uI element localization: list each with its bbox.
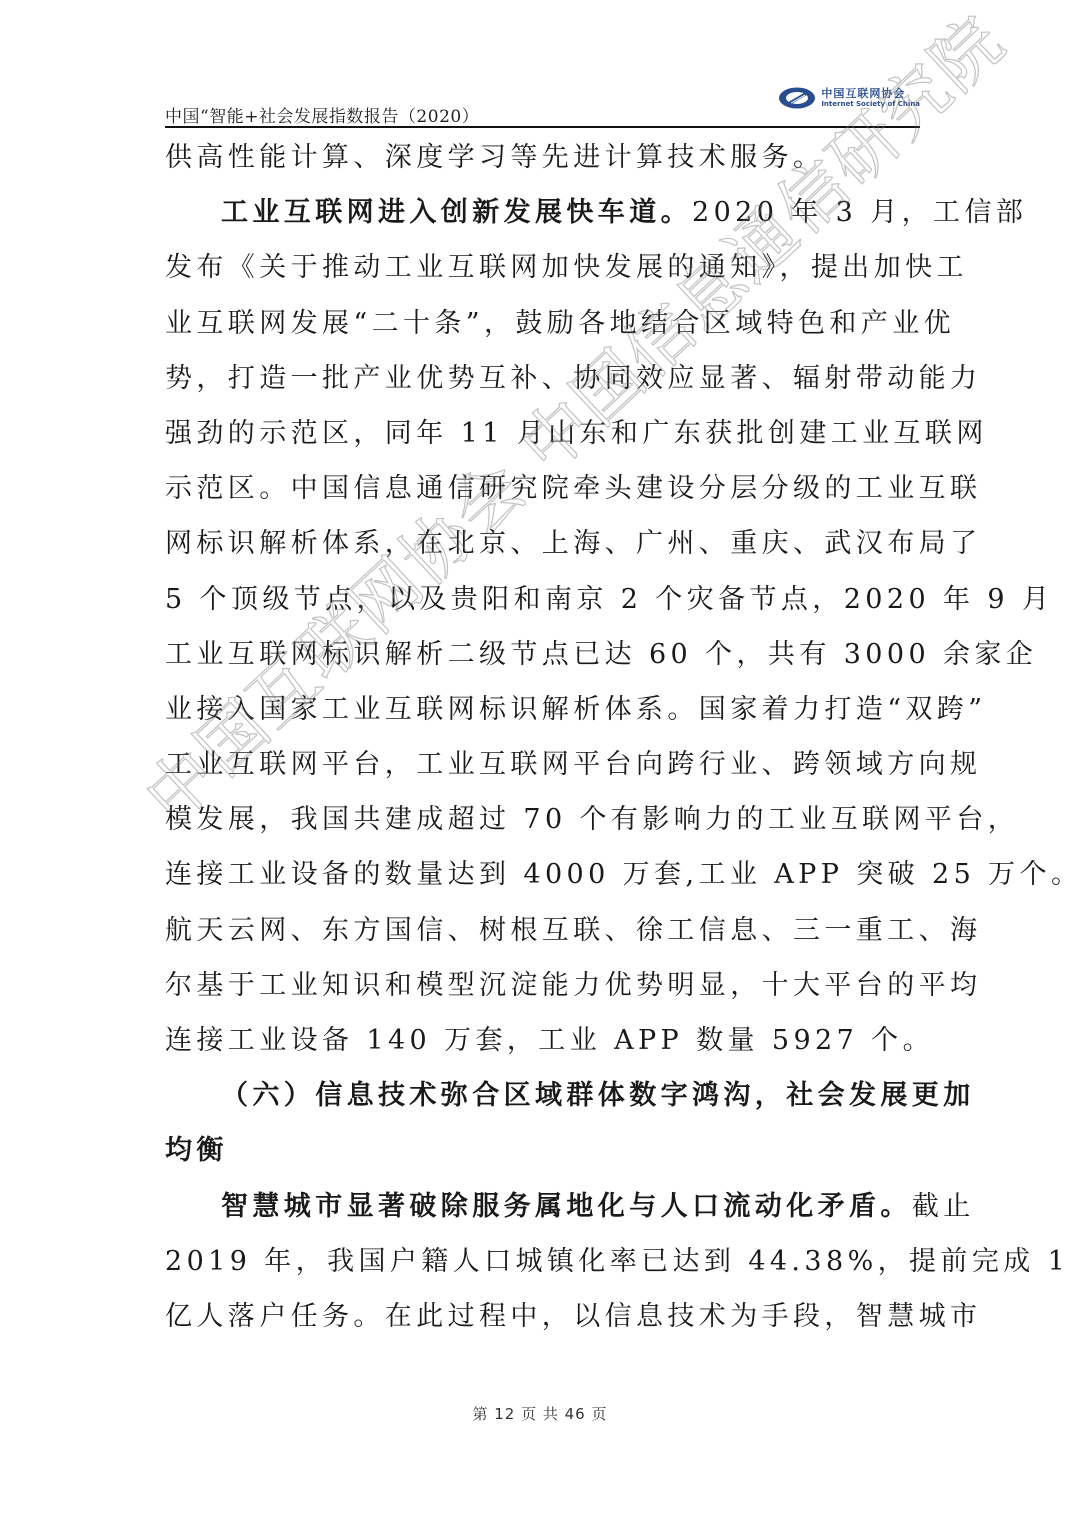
report-title: 中国“智能+社会发展指数报告（2020） [165, 102, 479, 127]
text-line: 亿人落户任务。在此过程中，以信息技术为手段，智慧城市 [165, 1289, 920, 1344]
text-line: 航天云网、东方国信、树根互联、徐工信息、三一重工、海 [165, 903, 920, 958]
text-line: 供高性能计算、深度学习等先进计算技术服务。 [165, 130, 920, 185]
isc-logo-icon [777, 86, 817, 110]
header-divider [165, 126, 920, 128]
text-line: 尔基于工业知识和模型沉淀能力优势明显，十大平台的平均 [165, 958, 920, 1013]
text-line: 工业互联网进入创新发展快车道。2020 年 3 月，工信部 [165, 185, 920, 240]
text-line: 业互联网发展“二十条”，鼓励各地结合区域特色和产业优 [165, 296, 920, 351]
text-line: 连接工业设备的数量达到 4000 万套,工业 APP 突破 25 万个。 [165, 847, 920, 902]
text-line: 智慧城市显著破除服务属地化与人口流动化矛盾。截止 [165, 1179, 920, 1234]
logo-name-en: Internet Society of China [821, 101, 920, 108]
text-line: 网标识解析体系，在北京、上海、广州、重庆、武汉布局了 [165, 516, 920, 571]
text-line: 模发展，我国共建成超过 70 个有影响力的工业互联网平台， [165, 792, 920, 847]
text-line: 5 个顶级节点，以及贵阳和南京 2 个灾备节点，2020 年 9 月 [165, 572, 920, 627]
section-heading: （六）信息技术弥合区域群体数字鸿沟，社会发展更加 [165, 1068, 920, 1123]
paragraph-lead: 工业互联网进入创新发展快车道。 [221, 197, 692, 228]
text-line: 强劲的示范区，同年 11 月山东和广东获批创建工业互联网 [165, 406, 920, 461]
section-heading-cont: 均衡 [165, 1123, 920, 1178]
text-line: 工业互联网平台，工业互联网平台向跨行业、跨领域方向规 [165, 737, 920, 792]
text-line: 业接入国家工业互联网标识解析体系。国家着力打造“双跨” [165, 682, 920, 737]
page-number: 第 12 页 共 46 页 [0, 1403, 1080, 1424]
document-body: 供高性能计算、深度学习等先进计算技术服务。 工业互联网进入创新发展快车道。202… [165, 130, 920, 1344]
text-line: 连接工业设备 140 万套，工业 APP 数量 5927 个。 [165, 1013, 920, 1068]
logo-name-cn: 中国互联网协会 [821, 88, 920, 99]
page-header: 中国“智能+社会发展指数报告（2020） 中国互联网协会 Internet So… [165, 84, 920, 126]
paragraph-lead: 智慧城市显著破除服务属地化与人口流动化矛盾。 [221, 1191, 912, 1222]
text-line: 工业互联网标识解析二级节点已达 60 个，共有 3000 余家企 [165, 627, 920, 682]
text-line: 2019 年，我国户籍人口城镇化率已达到 44.38%，提前完成 1 [165, 1234, 920, 1289]
isc-logo: 中国互联网协会 Internet Society of China [777, 86, 920, 110]
text-line: 发布《关于推动工业互联网加快发展的通知》，提出加快工 [165, 240, 920, 295]
text-line: 势，打造一批产业优势互补、协同效应显著、辐射带动能力 [165, 351, 920, 406]
text-line: 示范区。中国信息通信研究院牵头建设分层分级的工业互联 [165, 461, 920, 516]
